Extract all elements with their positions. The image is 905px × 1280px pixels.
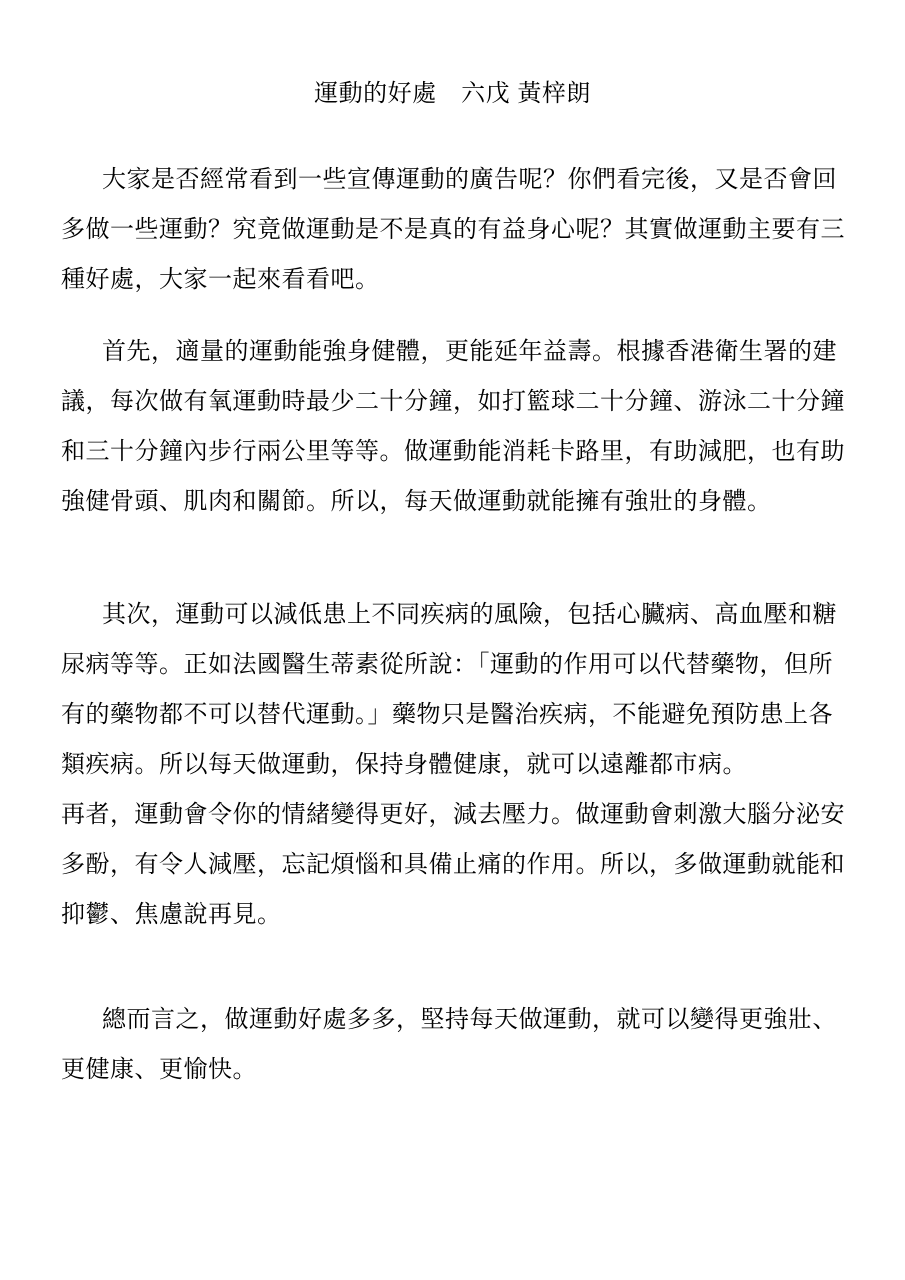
text-line: 議，每次做有氧運動時最少二十分鐘，如打籃球二十分鐘、游泳二十分鐘 [61, 377, 845, 427]
text-line: 種好處，大家一起來看看吧。 [61, 255, 845, 305]
text-line: 總而言之，做運動好處多多，堅持每天做運動，就可以變得更強壯、 [61, 995, 845, 1045]
text-line: 多做一些運動？究竟做運動是不是真的有益身心呢？其實做運動主要有三 [61, 205, 845, 255]
text-line: 多酚，有令人減壓，忘記煩惱和具備止痛的作用。所以，多做運動就能和 [61, 840, 845, 890]
paragraph-2: 首先，適量的運動能強身健體，更能延年益壽。根據香港衛生署的建 議，每次做有氧運動… [61, 327, 845, 527]
text-line: 強健骨頭、肌肉和關節。所以，每天做運動就能擁有強壯的身體。 [61, 477, 845, 527]
text-line: 尿病等等。正如法國醫生蒂素從所說：「運動的作用可以代替藥物，但所 [61, 640, 845, 690]
text-line: 和三十分鐘內步行兩公里等等。做運動能消耗卡路里，有助減肥，也有助 [61, 427, 845, 477]
text-line: 其次，運動可以減低患上不同疾病的風險，包括心臟病、高血壓和糖 [61, 590, 845, 640]
text-line: 抑鬱、焦慮說再見。 [61, 890, 845, 940]
text-line: 有的藥物都不可以替代運動。」藥物只是醫治疾病，不能避免預防患上各 [61, 690, 845, 740]
paragraph-1: 大家是否經常看到一些宣傳運動的廣告呢？你們看完後，又是否會回 多做一些運動？究竟… [61, 155, 845, 305]
paragraph-3: 其次，運動可以減低患上不同疾病的風險，包括心臟病、高血壓和糖 尿病等等。正如法國… [61, 590, 845, 790]
text-line: 類疾病。所以每天做運動，保持身體健康，就可以遠離都市病。 [61, 740, 845, 790]
paragraph-5: 總而言之，做運動好處多多，堅持每天做運動，就可以變得更強壯、 更健康、更愉快。 [61, 995, 845, 1095]
text-line: 更健康、更愉快。 [61, 1045, 845, 1095]
paragraph-4: 再者，運動會令你的情緒變得更好，減去壓力。做運動會刺激大腦分泌安 多酚，有令人減… [61, 790, 845, 940]
document-title: 運動的好處 六戊 黃梓朗 [0, 79, 905, 109]
text-line: 再者，運動會令你的情緒變得更好，減去壓力。做運動會刺激大腦分泌安 [61, 790, 845, 840]
text-line: 首先，適量的運動能強身健體，更能延年益壽。根據香港衛生署的建 [61, 327, 845, 377]
document-page: 運動的好處 六戊 黃梓朗 大家是否經常看到一些宣傳運動的廣告呢？你們看完後，又是… [0, 0, 905, 1280]
text-line: 大家是否經常看到一些宣傳運動的廣告呢？你們看完後，又是否會回 [61, 155, 845, 205]
